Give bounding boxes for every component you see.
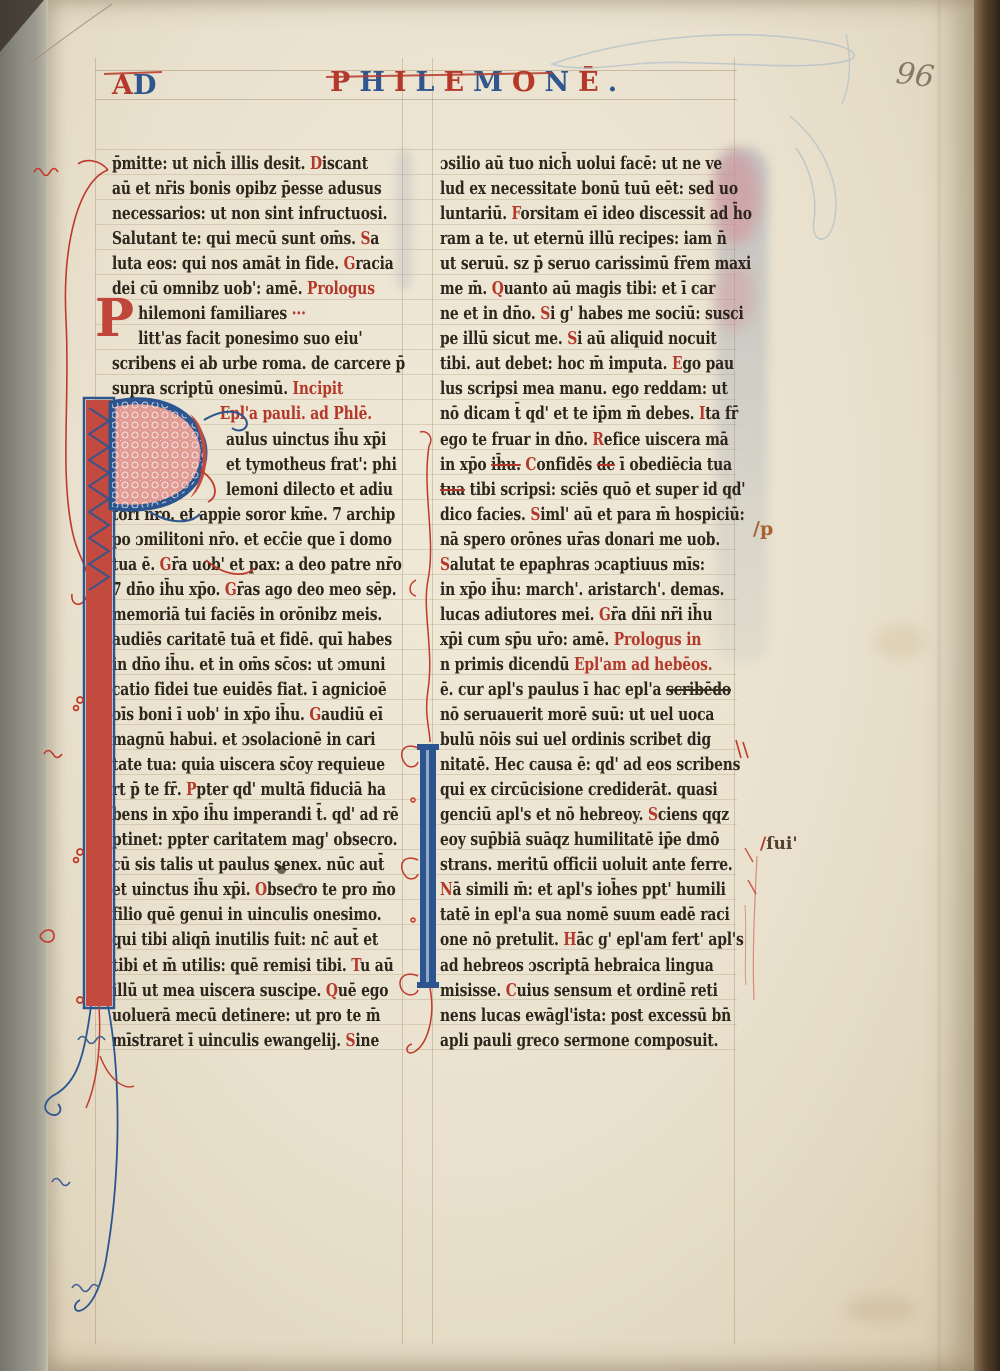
body-text: scribens ei ab urbe roma. de carcere p̄ bbox=[112, 353, 405, 374]
text-line: luta eos: qui nos amāt in fide. Gracia bbox=[112, 251, 409, 276]
rubric-text: Prologus bbox=[307, 278, 375, 299]
body-text: oīs boni ī uob' in xp̄o ih̄u. bbox=[112, 704, 309, 725]
rubric-text: S bbox=[530, 504, 540, 525]
rubric-text: C bbox=[525, 454, 536, 475]
rubric-text: F bbox=[512, 203, 521, 224]
rubric-text: S bbox=[648, 804, 658, 825]
body-text: hilemoni familiares bbox=[138, 303, 292, 324]
body-text: genciū apl's et nō hebreoy. bbox=[440, 804, 648, 825]
body-text: tua bbox=[440, 479, 465, 500]
rubric-text: G bbox=[160, 554, 172, 575]
text-line: ē. cur apl's paulus ī hac epl'a scribēdo bbox=[440, 677, 737, 702]
body-text: tua ē. bbox=[112, 554, 160, 575]
text-line: illū ut mea uiscera suscipe. Quē ego bbox=[112, 978, 409, 1003]
body-text: scribēdo bbox=[666, 679, 731, 700]
body-text: aū et nr̄is bonis opibz p̄esse adusus bbox=[112, 178, 382, 199]
rubric-text: Epl'a pauli. ad Phlē. bbox=[220, 403, 372, 424]
text-line: ego te fruar in dn̄o. Refice uiscera mā bbox=[440, 427, 737, 452]
body-text: alutat te epaphras ɔcaptiuus mīs: bbox=[450, 554, 705, 575]
text-line: Nā simili m̄: et apl's ioh̄es ppt' humil… bbox=[440, 877, 737, 902]
body-text: n primis dicendū bbox=[440, 654, 574, 675]
text-line: hilemoni familiares ··· bbox=[112, 301, 409, 326]
text-line: apli pauli greco sermone composuit. bbox=[440, 1028, 737, 1053]
text-line: et tymotheus frat': phi bbox=[112, 452, 409, 477]
rubric-text: R bbox=[592, 429, 603, 450]
body-text: i g' habes me sociū: susci bbox=[550, 303, 744, 324]
rubric-text: Prologus in bbox=[614, 629, 702, 650]
body-text: r̄as ago deo meo sēp. bbox=[237, 579, 397, 600]
rubric-text: O bbox=[255, 879, 267, 900]
header-letter: I bbox=[394, 67, 416, 98]
text-line: p̄mitte: ut nich̄ illis desit. Discant bbox=[112, 151, 409, 176]
body-text: racia bbox=[355, 253, 393, 274]
body-text: in xp̄o bbox=[440, 454, 491, 475]
manuscript-photo: AD PHILEMONĒ. 96 p̄mitte: ut nich̄ illis… bbox=[0, 0, 1000, 1371]
text-line: tori nr̄o. et appie soror km̄e. 7 archip bbox=[112, 502, 409, 527]
text-line: tua tibi scripsi: sciēs quō et super id … bbox=[440, 477, 737, 502]
text-line: ad hebreos ɔscriptā hebraica lingua bbox=[440, 953, 737, 978]
body-text: ego te fruar in dn̄o. bbox=[440, 429, 592, 450]
body-text: aulus uinctus ih̄u xp̄i bbox=[226, 429, 386, 450]
text-line: aū et nr̄is bonis opibz p̄esse adusus bbox=[112, 176, 409, 201]
body-text: pe illū sicut me. bbox=[440, 328, 567, 349]
body-text: ne et in dn̄o. bbox=[440, 303, 540, 324]
body-text: dei cū omnibz uob': amē. bbox=[112, 278, 307, 299]
header-letter: . bbox=[608, 67, 626, 98]
body-text: iscant bbox=[322, 153, 368, 174]
body-text: litt'as facit ponesimo suo eiu' bbox=[138, 328, 362, 349]
text-line: misisse. Cuius sensum et ordinē reti bbox=[440, 978, 737, 1003]
body-text: orsitam eī ideo discessit ad h̄o bbox=[521, 203, 752, 224]
body-text: et tymotheus frat': phi bbox=[226, 454, 397, 475]
body-text: onfidēs bbox=[536, 454, 596, 475]
text-line: rt p̄ te fr̄. Ppter qd' multā fiduciā ha bbox=[112, 777, 409, 802]
body-text: tibi. aut debet: hoc m̄ imputa. bbox=[440, 353, 672, 374]
body-text: uanto aū magis tibi: et ī car bbox=[504, 278, 716, 299]
page-crease bbox=[938, 0, 940, 1371]
header-letter: A bbox=[112, 70, 133, 101]
text-line: bulū nōis sui uel ordinis scribet dig bbox=[440, 727, 737, 752]
rubric-text: P bbox=[186, 779, 196, 800]
body-text: ē. cur apl's paulus ī hac epl'a bbox=[440, 679, 666, 700]
body-text: nā spero orōnes ur̄as donari me uob. bbox=[440, 529, 720, 550]
body-text: ad hebreos ɔscriptā hebraica lingua bbox=[440, 955, 714, 976]
text-line: tibi et m̄ utilis: quē remisi tibi. Tu a… bbox=[112, 953, 409, 978]
text-line: lemoni dilecto et adiu bbox=[112, 477, 409, 502]
header-letter: M bbox=[473, 67, 512, 98]
rubric-text: G bbox=[344, 253, 356, 274]
rubric-text: S bbox=[346, 1030, 356, 1051]
header-letter: P bbox=[330, 67, 359, 98]
text-column-left: p̄mitte: ut nich̄ illis desit. Discantaū… bbox=[112, 151, 409, 1053]
text-line: nō seruauerit morē suū: ut uel uoca bbox=[440, 702, 737, 727]
text-line: necessarios: ut non sint infructuosi. bbox=[112, 201, 409, 226]
rubric-text: G bbox=[225, 579, 237, 600]
rubric-text: H bbox=[563, 929, 576, 950]
text-line: lud ex necessitate bonū tuū eēt: sed uo bbox=[440, 176, 737, 201]
body-text: strans. meritū officii uoluit ante ferre… bbox=[440, 854, 733, 875]
body-text: rt p̄ te fr̄. bbox=[112, 779, 186, 800]
body-text: nō seruauerit morē suū: ut uel uoca bbox=[440, 704, 714, 725]
body-text: necessarios: ut non sint infructuosi. bbox=[112, 203, 387, 224]
body-text: luta eos: qui nos amāt in fide. bbox=[112, 253, 344, 274]
text-line: oīs boni ī uob' in xp̄o ih̄u. Gaudiū eī bbox=[112, 702, 409, 727]
body-text: de bbox=[597, 454, 615, 475]
rubric-text: Q bbox=[492, 278, 504, 299]
body-text: 7 dn̄o ih̄u xp̄o. bbox=[112, 579, 225, 600]
body-text: iml' aū et para m̄ hospiciū: bbox=[540, 504, 744, 525]
header-letter: L bbox=[415, 67, 443, 98]
rubric-text: G bbox=[599, 604, 611, 625]
text-line: ptinet: ppter caritatem mag' obsecro. bbox=[112, 827, 409, 852]
text-line: litt'as facit ponesimo suo eiu' bbox=[112, 326, 409, 351]
rubric-text: ··· bbox=[292, 303, 306, 324]
body-text: supra scriptū onesimū. bbox=[112, 378, 293, 399]
body-text: tate tua: quia uiscera sc̄oy requieue bbox=[112, 754, 385, 775]
body-text: misisse. bbox=[440, 980, 506, 1001]
parchment-stain bbox=[875, 625, 925, 659]
body-text: mīstraret ī uinculis ewangelij. bbox=[112, 1030, 346, 1051]
text-line: tibi. aut debet: hoc m̄ imputa. Ego pau bbox=[440, 351, 737, 376]
body-text: lucas adiutores mei. bbox=[440, 604, 599, 625]
body-text: filio quē genui in uinculis onesimo. bbox=[112, 904, 381, 925]
text-line: catio fidei tue euidēs fiat. ī agnicioē bbox=[112, 677, 409, 702]
body-text: ih̄u. bbox=[491, 454, 521, 475]
text-line: xp̄i cum sp̄u ur̄o: amē. Prologus in bbox=[440, 627, 737, 652]
text-line: lucas adiutores mei. Gr̄a dn̄i nr̄i ih̄u bbox=[440, 602, 737, 627]
body-text: ptinet: ppter caritatem mag' obsecro. bbox=[112, 829, 397, 850]
body-text: lemoni dilecto et adiu bbox=[226, 479, 393, 500]
body-text: audiēs caritatē tuā et fidē. quī habes bbox=[112, 629, 392, 650]
text-line: tua ē. Gr̄a uob' et pax: a deo patre nr̄… bbox=[112, 552, 409, 577]
header-letter: Ē bbox=[578, 67, 608, 98]
text-line: po ɔmilitoni nr̄o. et ecc̄ie que ī domo bbox=[112, 527, 409, 552]
body-text: nens lucas ewāgl'ista: post excessū bn̄ bbox=[440, 1005, 731, 1026]
rubric-text: S bbox=[567, 328, 577, 349]
text-line: filio quē genui in uinculis onesimo. bbox=[112, 902, 409, 927]
text-line: strans. meritū officii uoluit ante ferre… bbox=[440, 852, 737, 877]
text-line: genciū apl's et nō hebreoy. Sciens qqz bbox=[440, 802, 737, 827]
body-text: cū sis talis ut paulus senex. nūc aut̄ bbox=[112, 854, 384, 875]
text-line: in xp̄o ih̄u. Confidēs de ī obediēcia tu… bbox=[440, 452, 737, 477]
body-text: bens in xp̄o ih̄u imperandi t̄. qd' ad r… bbox=[112, 804, 399, 825]
text-line: one nō pretulit. Hāc g' epl'am fert' apl… bbox=[440, 927, 737, 952]
body-text: lus scripsi mea manu. ego reddam: ut bbox=[440, 378, 728, 399]
body-text: memoriā tui faciēs in orōnibz meis. bbox=[112, 604, 382, 625]
body-text: tibi scripsi: sciēs quō et super id qd' bbox=[465, 479, 745, 500]
body-text: magnū habui. et ɔsolacionē in cari bbox=[112, 729, 375, 750]
body-text: dico facies. bbox=[440, 504, 530, 525]
text-line: 7 dn̄o ih̄u xp̄o. Gr̄as ago deo meo sēp. bbox=[112, 577, 409, 602]
body-text: u aū bbox=[360, 955, 393, 976]
text-line: uoluerā mecū detinere: ut pro te m̄ bbox=[112, 1003, 409, 1028]
text-line: scribens ei ab urbe roma. de carcere p̄ bbox=[112, 351, 409, 376]
vertical-rule bbox=[95, 58, 96, 1344]
body-text: i aū aliquid nocuit bbox=[577, 328, 717, 349]
text-line: tatē in epl'a sua nomē suum eadē raci bbox=[440, 902, 737, 927]
body-text: p̄mitte: ut nich̄ illis desit. bbox=[112, 153, 310, 174]
marginal-note-bottom: ∕ſui' bbox=[760, 834, 798, 854]
rubric-text: Epl'am ad hebēos. bbox=[574, 654, 712, 675]
text-line: mīstraret ī uinculis ewangelij. Sine bbox=[112, 1028, 409, 1053]
body-text: Salutant te: qui mecū sunt om̄s. bbox=[112, 228, 360, 249]
text-line: eoy sup̄biā suāqz humilitatē ip̄e dmō bbox=[440, 827, 737, 852]
header-ruling-line bbox=[95, 99, 737, 100]
body-text: catio fidei tue euidēs fiat. ī agnicioē bbox=[112, 679, 387, 700]
body-text: r̄a dn̄i nr̄i ih̄u bbox=[611, 604, 713, 625]
text-line: dico facies. Siml' aū et para m̄ hospici… bbox=[440, 502, 737, 527]
body-text: me m̄. bbox=[440, 278, 492, 299]
rubric-text: G bbox=[309, 704, 321, 725]
body-text: apli pauli greco sermone composuit. bbox=[440, 1030, 718, 1051]
text-line: nitatē. Hec causa ē: qd' ad eos scribens bbox=[440, 752, 737, 777]
header-letter: E bbox=[443, 67, 473, 98]
text-line: audiēs caritatē tuā et fidē. quī habes bbox=[112, 627, 409, 652]
body-text: ta fr̄ bbox=[705, 403, 738, 424]
text-line: bens in xp̄o ih̄u imperandi t̄. qd' ad r… bbox=[112, 802, 409, 827]
text-line: ram a te. ut eternū illū recipes: iam n̄ bbox=[440, 226, 737, 251]
text-line: lus scripsi mea manu. ego reddam: ut bbox=[440, 376, 737, 401]
body-text: ī obediēcia tua bbox=[615, 454, 732, 475]
body-text: ɔsilio aū tuo nich̄ uolui facē: ut ne ve bbox=[440, 153, 722, 174]
running-header-ad: AD bbox=[112, 70, 156, 101]
body-text: qui ex circūcisione crediderāt. quasi bbox=[440, 779, 718, 800]
text-line: et uinctus ih̄u xp̄i. Obsecro te pro m̄o bbox=[112, 877, 409, 902]
body-text: ram a te. ut eternū illū recipes: iam n̄ bbox=[440, 228, 727, 249]
text-line: Salutant te: qui mecū sunt om̄s. Sa bbox=[112, 226, 409, 251]
body-text: efice uiscera mā bbox=[604, 429, 729, 450]
rubric-text: N bbox=[440, 879, 453, 900]
text-line: pe illū sicut me. Si aū aliquid nocuit bbox=[440, 326, 737, 351]
running-header-philemone: PHILEMONĒ. bbox=[330, 67, 626, 98]
body-text: et uinctus ih̄u xp̄i. bbox=[112, 879, 255, 900]
body-text: eoy sup̄biā suāqz humilitatē ip̄e dmō bbox=[440, 829, 719, 850]
marginal-note-top: ∕p bbox=[753, 518, 773, 540]
body-text: bsecro te pro m̄o bbox=[267, 879, 396, 900]
text-line: me m̄. Quanto aū magis tibi: et ī car bbox=[440, 276, 737, 301]
text-line: ɔsilio aū tuo nich̄ uolui facē: ut ne ve bbox=[440, 151, 737, 176]
folio-number: 96 bbox=[894, 56, 936, 95]
body-text: qui tibi aliqn̄ inutilis fuit: nc̄ aut̄ … bbox=[112, 929, 378, 950]
parchment-stain bbox=[845, 1295, 915, 1323]
header-letter: D bbox=[133, 70, 156, 101]
body-text: r̄a uob' et pax: a deo patre nr̄o bbox=[171, 554, 401, 575]
rubric-text: Q bbox=[326, 980, 338, 1001]
body-text: lud ex necessitate bonū tuū eēt: sed uo bbox=[440, 178, 738, 199]
rubric-text: S bbox=[540, 303, 550, 324]
binding-edge bbox=[974, 0, 1000, 1371]
marginal-note-text: ſui' bbox=[766, 834, 797, 854]
body-text: audiū eī bbox=[321, 704, 383, 725]
text-line: qui ex circūcisione crediderāt. quasi bbox=[440, 777, 737, 802]
text-column-right: ɔsilio aū tuo nich̄ uolui facē: ut ne ve… bbox=[440, 151, 737, 1053]
rubric-text: T bbox=[351, 955, 360, 976]
text-line: nens lucas ewāgl'ista: post excessū bn̄ bbox=[440, 1003, 737, 1028]
rubric-text: S bbox=[440, 554, 450, 575]
body-text: tatē in epl'a sua nomē suum eadē raci bbox=[440, 904, 730, 925]
body-text: illū ut mea uiscera suscipe. bbox=[112, 980, 326, 1001]
header-letter: H bbox=[359, 67, 394, 98]
rubric-text: E bbox=[672, 353, 682, 374]
body-text: uē ego bbox=[338, 980, 389, 1001]
text-line: nō dicam t̄ qd' et te ip̄m m̄ debes. Ita… bbox=[440, 401, 737, 426]
vertical-rule bbox=[432, 58, 433, 1344]
body-text: ā simili m̄: et apl's ioh̄es ppt' humili bbox=[453, 879, 726, 900]
text-line: aulus uinctus ih̄u xp̄i bbox=[112, 427, 409, 452]
body-text: pter qd' multā fiduciā ha bbox=[196, 779, 385, 800]
body-text: āc g' epl'am fert' apl's bbox=[576, 929, 743, 950]
text-line: memoriā tui faciēs in orōnibz meis. bbox=[112, 602, 409, 627]
text-line: dei cū omnibz uob': amē. Prologus bbox=[112, 276, 409, 301]
text-line: ut seruū. sz p̄ seruo carissimū fr̄em ma… bbox=[440, 251, 737, 276]
body-text: nitatē. Hec causa ē: qd' ad eos scribens bbox=[440, 754, 740, 775]
body-text: xp̄i cum sp̄u ur̄o: amē. bbox=[440, 629, 614, 650]
text-line: luntariū. Forsitam eī ideo discessit ad … bbox=[440, 201, 737, 226]
prologue-initial-P: P bbox=[95, 293, 134, 345]
text-line: n primis dicendū Epl'am ad hebēos. bbox=[440, 652, 737, 677]
text-line: cū sis talis ut paulus senex. nūc aut̄ bbox=[112, 852, 409, 877]
body-text: nō dicam t̄ qd' et te ip̄m m̄ debes. bbox=[440, 403, 699, 424]
body-text: ciens qqz bbox=[658, 804, 729, 825]
book-cover-corner bbox=[0, 0, 44, 52]
body-text: tori nr̄o. et appie soror km̄e. 7 archip bbox=[112, 504, 395, 525]
body-text: uius sensum et ordinē reti bbox=[517, 980, 718, 1001]
body-text: go pau bbox=[682, 353, 734, 374]
text-line: Salutat te epaphras ɔcaptiuus mīs: bbox=[440, 552, 737, 577]
body-text: ut seruū. sz p̄ seruo carissimū fr̄em ma… bbox=[440, 253, 751, 274]
text-line: nā spero orōnes ur̄as donari me uob. bbox=[440, 527, 737, 552]
body-text: a bbox=[370, 228, 379, 249]
body-text: in xp̄o ih̄u: march'. aristarch'. demas. bbox=[440, 579, 724, 600]
rubric-text: Incipit bbox=[293, 378, 344, 399]
text-line: in xp̄o ih̄u: march'. aristarch'. demas. bbox=[440, 577, 737, 602]
text-line: qui tibi aliqn̄ inutilis fuit: nc̄ aut̄ … bbox=[112, 927, 409, 952]
body-text: uoluerā mecū detinere: ut pro te m̄ bbox=[112, 1005, 380, 1026]
text-line: supra scriptū onesimū. Incipit bbox=[112, 376, 409, 401]
text-line: Epl'a pauli. ad Phlē. bbox=[112, 401, 409, 426]
body-text: bulū nōis sui uel ordinis scribet dig bbox=[440, 729, 711, 750]
rubric-text: C bbox=[506, 980, 517, 1001]
text-line: magnū habui. et ɔsolacionē in cari bbox=[112, 727, 409, 752]
rubric-text: S bbox=[360, 228, 370, 249]
body-text: one nō pretulit. bbox=[440, 929, 563, 950]
body-text: ine bbox=[355, 1030, 379, 1051]
body-text: in dn̄o ih̄u. et in om̄s sc̄os: ut ɔmuni bbox=[112, 654, 385, 675]
text-line: ne et in dn̄o. Si g' habes me sociū: sus… bbox=[440, 301, 737, 326]
text-line: tate tua: quia uiscera sc̄oy requieue bbox=[112, 752, 409, 777]
text-line: in dn̄o ih̄u. et in om̄s sc̄os: ut ɔmuni bbox=[112, 652, 409, 677]
rubric-text: D bbox=[310, 153, 322, 174]
body-text: luntariū. bbox=[440, 203, 512, 224]
body-text: tibi et m̄ utilis: quē remisi tibi. bbox=[112, 955, 351, 976]
body-text: po ɔmilitoni nr̄o. et ecc̄ie que ī domo bbox=[112, 529, 392, 550]
